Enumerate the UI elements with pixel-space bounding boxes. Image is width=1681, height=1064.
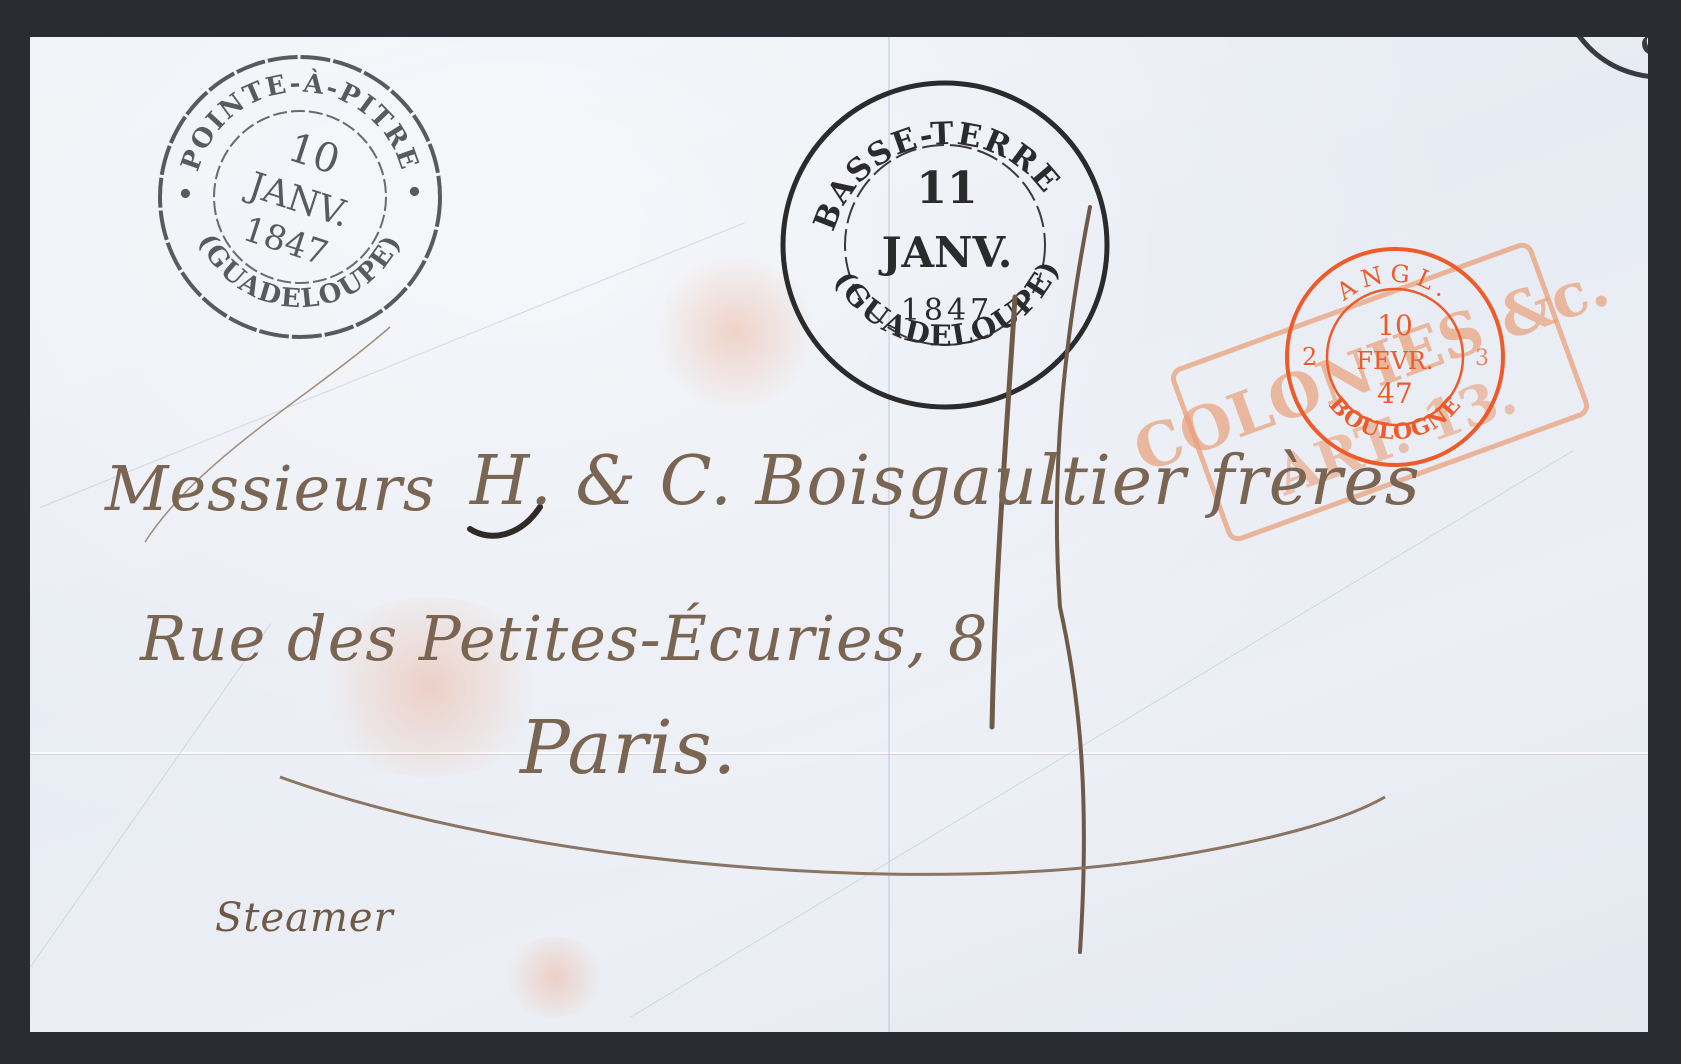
address-city: Paris. (520, 705, 737, 791)
letter-sheet: • POINTE-À-PITRE • (GUADELOUPE) 10 JANV.… (30, 37, 1648, 1032)
routing-endorsement: Steamer (215, 895, 394, 941)
manuscript-flourishes (30, 37, 1648, 1032)
address-addressee: H. & C. Boisgaultier frères (470, 442, 1421, 521)
address-street: Rue des Petites-Écuries, 8 (140, 602, 988, 675)
address-salutation: Messieurs (105, 452, 436, 525)
scan-edge (1648, 525, 1681, 1064)
